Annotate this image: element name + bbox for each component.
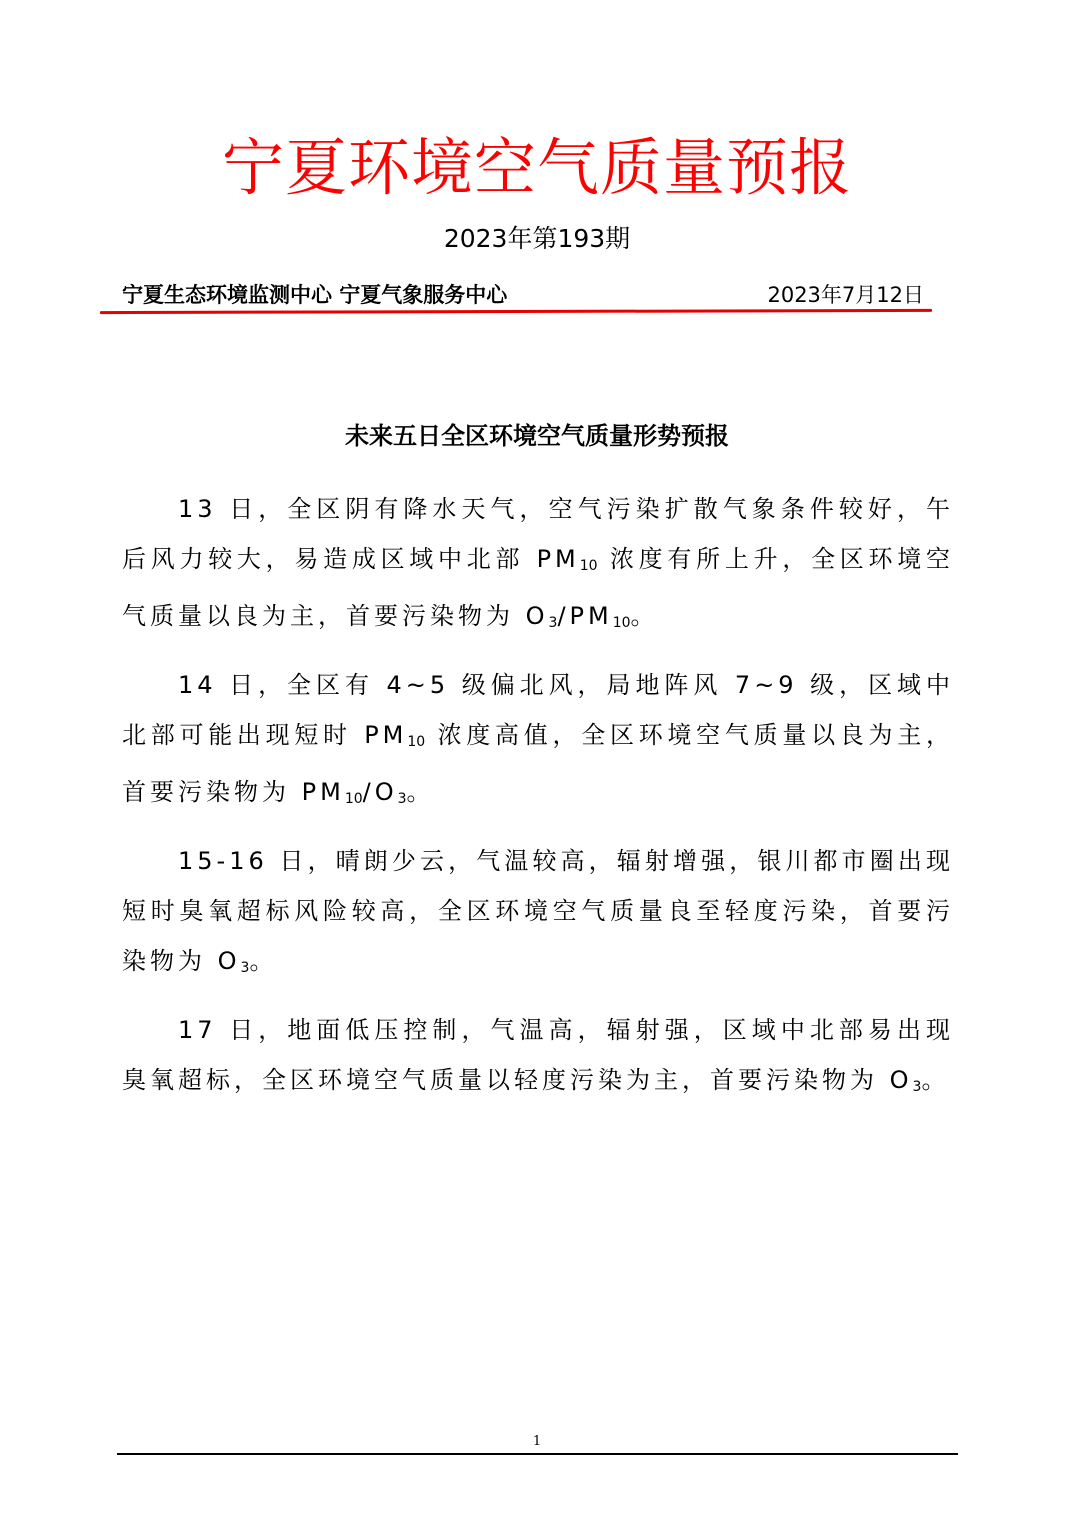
subscript: 10 [407,734,425,750]
issuing-organizations: 宁夏生态环境监测中心 宁夏气象服务中心 [122,280,507,310]
subscript: 10 [345,791,363,807]
forecast-paragraph-15-16: 15-16 日，晴朗少云，气温较高，辐射增强，银川都市圈出现短时臭氧超标风险较高… [122,836,954,993]
issuer-row: 宁夏生态环境监测中心 宁夏气象服务中心 2023年7月12日 [122,280,924,310]
forecast-body: 13 日，全区阴有降水天气，空气污染扩散气象条件较好，午后风力较大，易造成区域中… [122,484,954,1124]
report-title: 宁夏环境空气质量预报 [0,128,1074,208]
issue-number: 2023年第193期 [0,222,1074,256]
subscript: 10 [613,615,631,631]
subscript: 3 [241,960,250,976]
forecast-paragraph-17: 17 日，地面低压控制，气温高，辐射强，区域中北部易出现臭氧超标，全区环境空气质… [122,1005,954,1112]
subscript: 10 [580,558,598,574]
subscript: 3 [549,615,558,631]
forecast-paragraph-14: 14 日，全区有 4~5 级偏北风，局地阵风 7~9 级，区域中北部可能出现短时… [122,660,954,824]
page-number: 1 [0,1434,1074,1450]
footer-divider [117,1453,958,1455]
subscript: 3 [398,791,407,807]
issue-date: 2023年7月12日 [767,280,924,310]
section-title: 未来五日全区环境空气质量形势预报 [0,418,1074,454]
subscript: 3 [913,1079,922,1095]
forecast-paragraph-13: 13 日，全区阴有降水天气，空气污染扩散气象条件较好，午后风力较大，易造成区域中… [122,484,954,648]
